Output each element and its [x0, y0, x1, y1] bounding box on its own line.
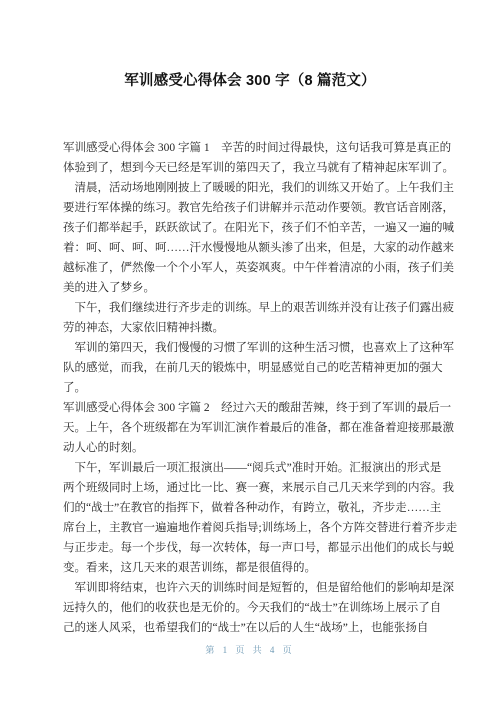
- body-text-line: 了。: [63, 378, 445, 398]
- body-text-line: 越标准了，俨然像一个个小军人，英姿飒爽。中午伴着清凉的小雨，孩子们美: [63, 258, 445, 278]
- body-text-line: 远持久的，他们的收获也是无价的。今天我们的“战士”在训练场上展示了自: [63, 598, 445, 618]
- body-text-line: 美的进入了梦乡。: [63, 278, 445, 298]
- body-text-line: 劳的神态，大家依旧精神抖擞。: [63, 318, 445, 338]
- body-text-line: 们的“战士”在教官的指挥下，做着各种动作，有跨立，敬礼，齐步走……主: [63, 498, 445, 518]
- body-text-line: 要进行军体操的练习。教官先给孩子们讲解并示范动作要领。教官话音刚落，: [63, 198, 445, 218]
- body-text-line: 队的感觉，而我，在前几天的锻炼中，明显感觉自己的吃苦精神更加的强大: [63, 358, 445, 378]
- document-title: 军训感受心得体会 300 字（8 篇范文）: [0, 71, 500, 91]
- body-text-line: 体验到了，想到今天已经是军训的第四天了，我立马就有了精神起床军训了。: [63, 158, 445, 178]
- page-number-footer: 第 1 页 共 4 页: [0, 644, 500, 656]
- body-text-line: 两个班级同时上场，通过比一比、赛一赛，来展示自己几天来学到的内容。我: [63, 478, 445, 498]
- body-text-line: 天。上午，各个班级都在为军训汇演作着最后的准备，都在准备着迎接那最激: [63, 418, 445, 438]
- body-text-line: 清晨，活动场地刚刚披上了暖暖的阳光，我们的训练又开始了。上午我们主: [63, 178, 445, 198]
- document-body: 军训感受心得体会 300 字篇 1 辛苦的时间过得最快，这句话我可算是真正的体验…: [63, 138, 445, 638]
- body-text-line: 动人心的时刻。: [63, 438, 445, 458]
- body-text-line: 下午，我们继续进行齐步走的训练。早上的艰苦训练并没有让孩子们露出疲: [63, 298, 445, 318]
- body-text-line: 孩子们都举起手，跃跃欲试了。在阳光下，孩子们不怕辛苦，一遍又一遍的喊: [63, 218, 445, 238]
- body-text-line: 己的迷人风采，也希望我们的“战士”在以后的人生“战场”上，也能张扬自: [63, 618, 445, 638]
- document-page: 军训感受心得体会 300 字（8 篇范文） 军训感受心得体会 300 字篇 1 …: [0, 0, 500, 707]
- body-text-line: 军训即将结束，也许六天的训练时间是短暂的，但是留给他们的影响却是深: [63, 578, 445, 598]
- body-text-line: 与正步走。每一个步伐，每一次转体，每一声口号，都显示出他们的成长与蜕: [63, 538, 445, 558]
- body-text-line: 军训感受心得体会 300 字篇 1 辛苦的时间过得最快，这句话我可算是真正的: [63, 138, 445, 158]
- body-text-line: 军训的第四天，我们慢慢的习惯了军训的这种生活习惯，也喜欢上了这种军: [63, 338, 445, 358]
- body-text-line: 变。看来，这几天来的艰苦训练，都是很值得的。: [63, 558, 445, 578]
- body-text-line: 下午，军训最后一项汇报演出——“阅兵式”准时开始。汇报演出的形式是: [63, 458, 445, 478]
- body-text-line: 军训感受心得体会 300 字篇 2 经过六天的酸甜苦辣，终于到了军训的最后一: [63, 398, 445, 418]
- body-text-line: 席台上，主教官一遍遍地作着阅兵指导;训练场上，各个方阵交替进行着齐步走: [63, 518, 445, 538]
- body-text-line: 着：呵、呵、呵、呵……汗水慢慢地从额头渗了出来，但是，大家的动作越来: [63, 238, 445, 258]
